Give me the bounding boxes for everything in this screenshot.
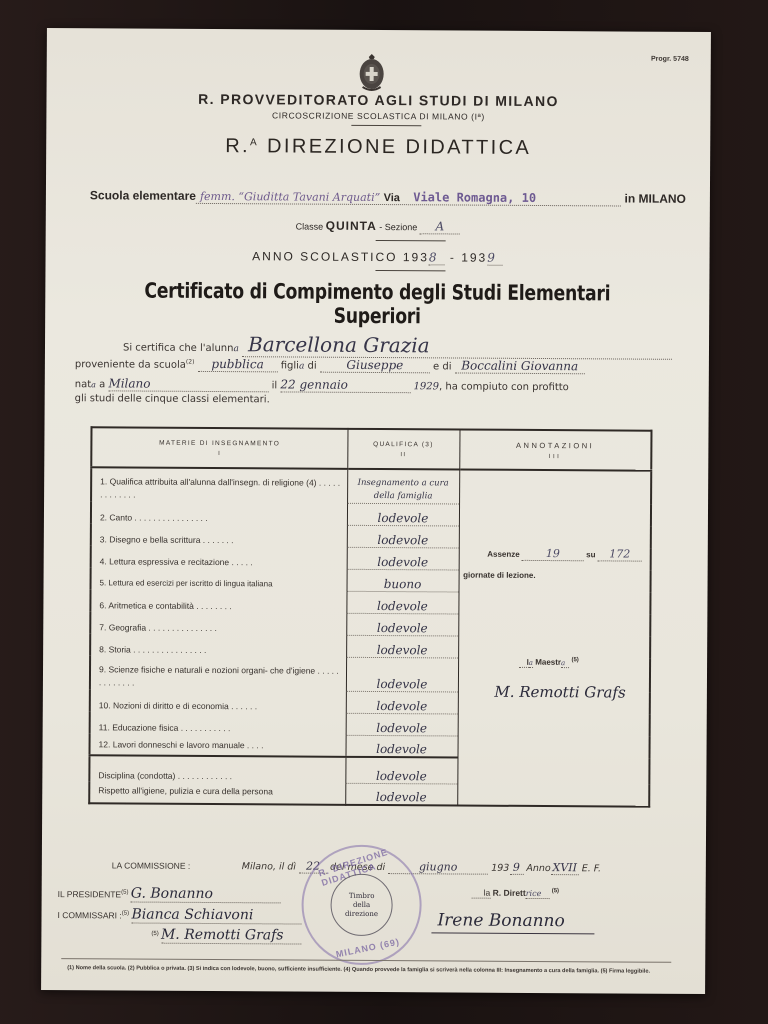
header-annotazioni: ANNOTAZIONIIII (459, 430, 651, 471)
official-stamp: R. DIREZIONE DIDATTICA MILANO (69) Timbr… (301, 845, 422, 966)
header-materie: MATERIE DI INSEGNAMENTOI (91, 427, 347, 469)
table-header-row: MATERIE DI INSEGNAMENTOI QUALIFICA (3)II… (91, 427, 651, 470)
commissario-2-line: (5) M. Remotti Grafs (151, 927, 301, 945)
total-days-value: 172 (598, 547, 642, 561)
divider (375, 270, 445, 271)
anno-scolastico: ANNO SCOLASTICO 1938 - 1939 (46, 248, 710, 266)
sezione-value: A (420, 219, 460, 234)
student-origin-line: proveniente da scuola(2) pubblica figlia… (75, 356, 675, 375)
maestra-signature: M. Remotti Grafs (494, 683, 625, 702)
direzione-didattica-heading: R.A DIREZIONE DIDATTICA (46, 134, 710, 161)
royal-coat-of-arms-icon (357, 54, 387, 94)
classe-value: QUINTA (326, 219, 377, 233)
presidente-signature: G. Bonanno (131, 886, 281, 904)
school-city: in MILANO (625, 192, 686, 206)
school-origin: pubblica (198, 357, 278, 372)
presidente-line: IL PRESIDENTE(5) G. Bonanno (58, 885, 281, 903)
student-birth-line: nata a Milano il 22 gennaio 1929, ha com… (75, 376, 675, 395)
provveditorato-heading: R. PROVVEDITORATO AGLI STUDI DI MILANO (46, 90, 710, 110)
birthplace: Milano (108, 376, 268, 392)
conduct-row: Disciplina (condotta) . . . . . . . . . … (89, 755, 649, 784)
annotations-cell: Assenze 19 su 172 giornate di lezione. l… (457, 470, 651, 759)
school-name-field: femm. “Giuditta Tavani Arquati” Via Vial… (196, 189, 621, 207)
father-name: Giuseppe (320, 358, 430, 374)
circoscrizione-subheading: CIRCOSCRIZIONE SCOLASTICA DI MILANO (Iª) (46, 109, 710, 123)
certificate-paper: Progr. 5748 R. PROVVEDITORATO AGLI STUDI… (41, 28, 711, 994)
divider (351, 125, 421, 126)
birth-year: 1929 (414, 381, 440, 392)
stamp-center: Timbro della direzione (330, 874, 392, 936)
commissario-2-signature: M. Remotti Grafs (161, 927, 301, 945)
student-name: Barcellona Grazia (242, 332, 672, 360)
certificate-title: Certificato di Compimento degli Studi El… (105, 278, 650, 329)
birth-date: 22 gennaio (280, 377, 410, 393)
school-label: Scuola elementare (90, 188, 196, 203)
direttrice-signature: Irene Bonanno (431, 910, 594, 934)
direttrice-line: la R. Direttrice (5) (472, 888, 559, 899)
giornate-label: giornate di lezione. (463, 571, 536, 580)
school-line: Scuola elementare femm. “Giuditta Tavani… (90, 188, 686, 207)
commission-date-line: Milano, il dì 22 del mese di giugno 1939… (242, 859, 601, 875)
commissario-1-signature: Bianca Schiavoni (131, 907, 301, 925)
header-qualifica: QUALIFICA (3)II (347, 429, 459, 470)
fascist-era-year: XVII (551, 861, 579, 875)
absences-value: 19 (522, 547, 584, 561)
divider (376, 240, 446, 241)
classe-line: Classe QUINTA - Sezione A (46, 217, 710, 236)
progressive-number: Progr. 5748 (651, 56, 689, 63)
footnotes: (1) Nome della scuola. (2) Pubblica o pr… (67, 964, 687, 976)
mother-name: Boccalini Giovanna (455, 358, 585, 374)
commissione-label: LA COMMISSIONE : (112, 860, 190, 870)
absences-line: Assenze 19 su 172 (459, 547, 650, 562)
maestra-label: la Maestra (5) (519, 657, 579, 667)
grades-table: MATERIE DI INSEGNAMENTOI QUALIFICA (3)II… (88, 426, 652, 807)
commissari-line: I COMMISSARI :(5) Bianca Schiavoni (57, 906, 301, 924)
student-name-line: Si certifica che l'alunna Barcellona Gra… (75, 331, 675, 360)
table-row: 1. Qualifica attribuita all'alunna dall'… (91, 467, 651, 504)
completion-line: gli studi delle cinque classi elementari… (75, 393, 675, 408)
